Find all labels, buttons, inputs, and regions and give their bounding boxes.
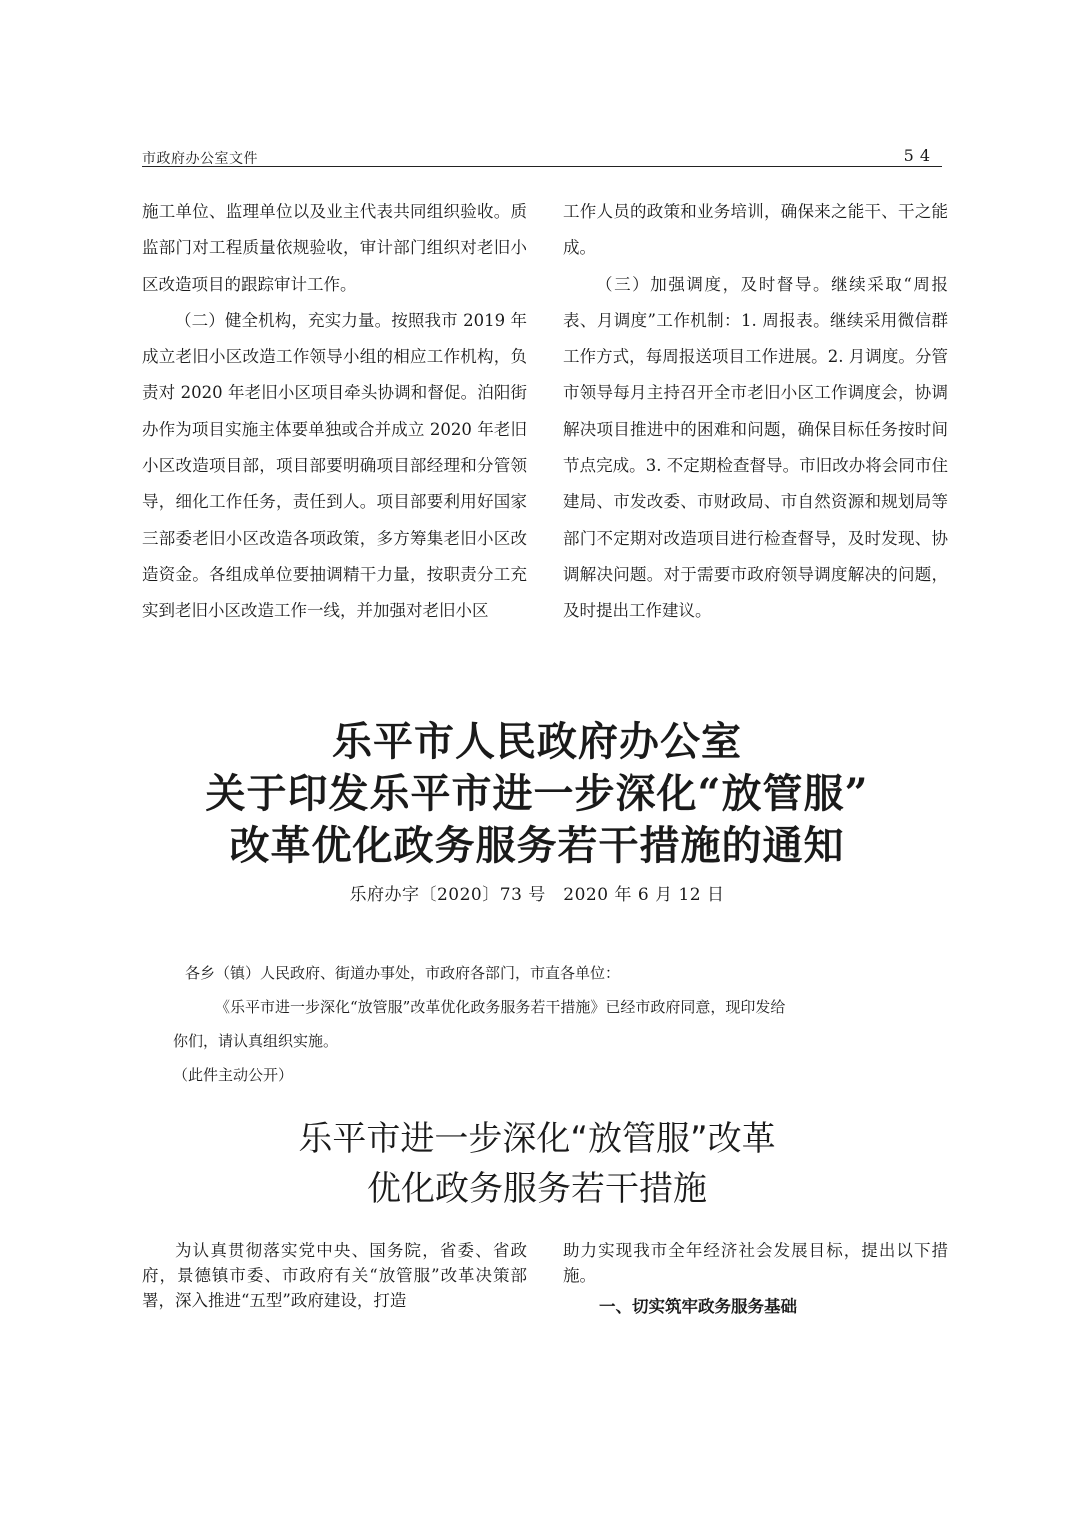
document-number: 乐府办字〔2020〕73 号 2020 年 6 月 12 日	[0, 880, 1074, 905]
notice-title-line-3: 改革优化政务服务若干措施的通知	[0, 820, 1074, 872]
addressee: 各乡（镇）人民政府、街道办事处，市政府各部门，市直各单位：	[185, 956, 945, 990]
paragraph-text: 按照我市 2019 年成立老旧小区改造工作领导小组的相应工作机构，负责对 202…	[142, 311, 527, 620]
bottom-left-column: 为认真贯彻落实党中央、国务院，省委、省政府，景德镇市委、市政府有关“放管服”改革…	[142, 1238, 527, 1313]
notice-body-line-2: 你们，请认真组织实施。	[173, 1024, 945, 1058]
notice-title-line-1: 乐平市人民政府办公室	[0, 716, 1074, 768]
paragraph: 工作人员的政策和业务培训，确保来之能干、干之能成。	[563, 194, 948, 267]
notice-title-block: 乐平市人民政府办公室 关于印发乐平市进一步深化“放管服” 改革优化政务服务若干措…	[0, 716, 1074, 905]
paragraph: （二）健全机构，充实力量。按照我市 2019 年成立老旧小区改造工作领导小组的相…	[142, 303, 527, 630]
paragraph: 施工单位、监理单位以及业主代表共同组织验收。质监部门对工程质量依规验收，审计部门…	[142, 194, 527, 303]
measures-title-line-1: 乐平市进一步深化“放管服”改革	[0, 1114, 1074, 1164]
running-header-title: 市政府办公室文件	[142, 148, 258, 168]
paragraph-lead: （三）加强调度，及时督导。	[596, 275, 831, 294]
notice-body: 各乡（镇）人民政府、街道办事处，市政府各部门，市直各单位： 《乐平市进一步深化“…	[185, 956, 945, 1092]
paragraph: 为认真贯彻落实党中央、国务院，省委、省政府，景德镇市委、市政府有关“放管服”改革…	[142, 1238, 527, 1313]
measures-title: 乐平市进一步深化“放管服”改革 优化政务服务若干措施	[0, 1114, 1074, 1214]
bottom-right-column: 助力实现我市全年经济社会发展目标，提出以下措施。 一、切实筑牢政务服务基础	[563, 1238, 948, 1319]
paragraph-lead: （二）健全机构，充实力量。	[175, 311, 391, 330]
notice-body-line-1: 《乐平市进一步深化“放管服”改革优化政务服务若干措施》已经市政府同意，现印发给	[185, 990, 945, 1024]
public-note: （此件主动公开）	[173, 1058, 945, 1092]
notice-title-line-2: 关于印发乐平市进一步深化“放管服”	[0, 768, 1074, 820]
paragraph: （三）加强调度，及时督导。继续采取“周报表、月调度”工作机制：1. 周报表。继续…	[563, 267, 948, 630]
section-heading: 一、切实筑牢政务服务基础	[599, 1294, 948, 1319]
top-right-column: 工作人员的政策和业务培训，确保来之能干、干之能成。 （三）加强调度，及时督导。继…	[563, 194, 948, 630]
page-header: 市政府办公室文件 54	[142, 146, 942, 167]
paragraph-text: 继续采取“周报表、月调度”工作机制：1. 周报表。继续采用微信群工作方式，每周报…	[563, 275, 948, 621]
top-left-column: 施工单位、监理单位以及业主代表共同组织验收。质监部门对工程质量依规验收，审计部门…	[142, 194, 527, 630]
measures-title-line-2: 优化政务服务若干措施	[0, 1164, 1074, 1214]
page-number: 54	[904, 146, 936, 165]
paragraph: 助力实现我市全年经济社会发展目标，提出以下措施。	[563, 1238, 948, 1288]
